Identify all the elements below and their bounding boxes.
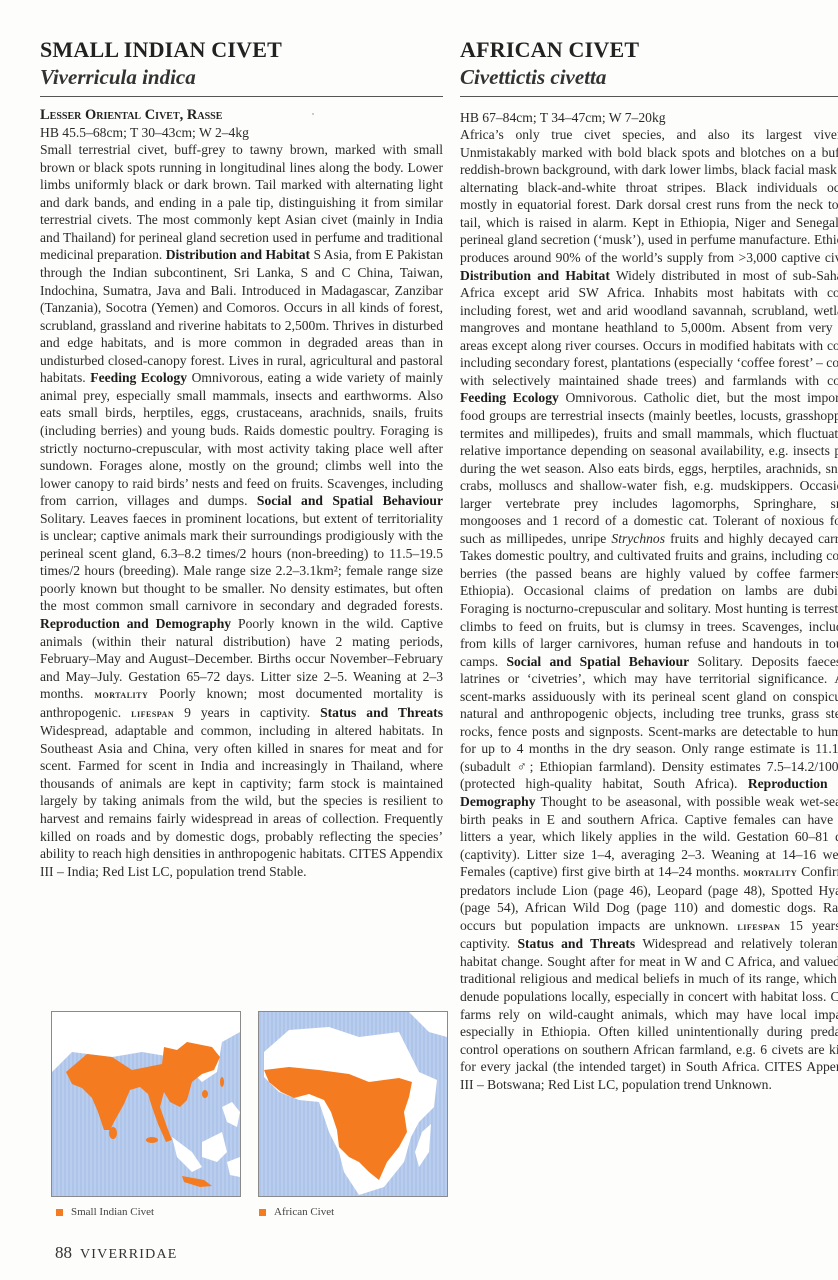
social-text: Solitary. Deposits faeces in latrines or… xyxy=(460,654,838,792)
section-heading-status: Status and Threats xyxy=(517,936,635,951)
species-entry-african-civet: AFRICAN CIVET Civettictis civetta HB 67–… xyxy=(460,36,838,1093)
section-heading-status: Status and Threats xyxy=(320,705,443,720)
species-account: Africa’s only true civet species, and al… xyxy=(460,126,838,1093)
feeding-text: Omnivorous. Catholic diet, but the most … xyxy=(460,390,838,545)
lifespan-label: lifespan xyxy=(131,706,174,720)
species-account: Small terrestrial civet, buff-grey to ta… xyxy=(40,141,443,880)
range-map-african-civet xyxy=(258,1011,448,1197)
mortality-label: mortality xyxy=(743,865,797,879)
description: Small terrestrial civet, buff-grey to ta… xyxy=(40,142,443,262)
range-maps xyxy=(51,1011,451,1201)
range-swatch-icon xyxy=(56,1209,63,1216)
status-text: Widespread and relatively tolerant of ha… xyxy=(460,936,838,1091)
section-heading-social: Social and Spatial Behaviour xyxy=(257,493,443,508)
heading-rule xyxy=(40,96,443,97)
measurements: HB 67–84cm; T 34–47cm; W 7–20kg xyxy=(460,109,838,126)
section-heading-reproduction: Reproduction and Demography xyxy=(40,616,231,631)
section-heading-distribution: Distribution and Habitat xyxy=(460,268,610,283)
section-heading-feeding: Feeding Ecology xyxy=(90,370,187,385)
heading-rule xyxy=(460,96,838,97)
legend-label: Small Indian Civet xyxy=(71,1206,154,1218)
section-heading-distribution: Distribution and Habitat xyxy=(166,247,310,262)
common-name-heading: SMALL INDIAN CIVET xyxy=(40,36,443,64)
common-name-heading: AFRICAN CIVET xyxy=(460,36,838,64)
measurements: HB 45.5–68cm; T 30–43cm; W 2–4kg xyxy=(40,124,443,141)
lifespan-label: lifespan xyxy=(737,919,780,933)
section-heading-feeding: Feeding Ecology xyxy=(460,390,559,405)
distribution-text: Widely distributed in most of sub-Sahara… xyxy=(460,268,838,388)
page-footer: 88 VIVERRIDAE xyxy=(55,1243,178,1263)
family-name: VIVERRIDAE xyxy=(80,1247,178,1263)
status-text: Widespread, adaptable and common, includ… xyxy=(40,723,443,878)
scientific-name: Viverricula indica xyxy=(40,64,443,91)
species-entry-small-indian-civet: SMALL INDIAN CIVET Viverricula indica Le… xyxy=(40,36,443,880)
mortality-label: mortality xyxy=(94,687,148,701)
range-swatch-icon xyxy=(259,1209,266,1216)
feeding-text: Omnivorous, eating a wide variety of mai… xyxy=(40,370,443,508)
map-legend-small-indian-civet: Small Indian Civet xyxy=(56,1206,154,1218)
description: Africa’s only true civet species, and al… xyxy=(460,127,838,265)
range-map-small-indian-civet xyxy=(51,1011,241,1197)
alternative-names: Lesser Oriental Civet, Rasse xyxy=(40,107,443,124)
africa-map-graphic xyxy=(259,1012,447,1196)
map-legend-african-civet: African Civet xyxy=(259,1206,334,1218)
lifespan-text: 9 years in captivity. xyxy=(184,705,310,720)
page-number: 88 xyxy=(55,1243,72,1263)
social-text: Solitary. Leaves faeces in prominent loc… xyxy=(40,511,443,614)
scientific-name: Civettictis civetta xyxy=(460,64,838,91)
distribution-text: S Asia, from E Pakistan through the Indi… xyxy=(40,247,443,385)
genus-name: Strychnos xyxy=(611,531,665,546)
asia-map-graphic xyxy=(52,1012,240,1196)
feeding-text-continued: fruits and highly decayed carrion. Takes… xyxy=(460,531,838,669)
legend-label: African Civet xyxy=(274,1206,334,1218)
section-heading-social: Social and Spatial Behaviour xyxy=(506,654,689,669)
